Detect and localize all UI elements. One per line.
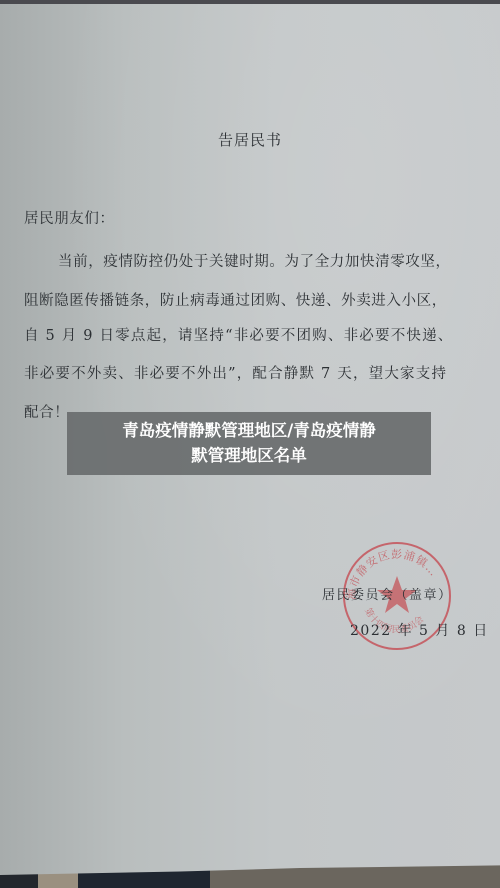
body-line-1: 当前，疫情防控仍处于关键时期。为了全力加快清零攻坚， — [58, 250, 451, 271]
body-line-2: 阻断隐匿传播链条，防止病毒通过团购、快递、外卖进入小区， — [24, 289, 447, 310]
signer: 居民委员会（盖章） — [322, 584, 453, 603]
caption-line-1: 青岛疫情静默管理地区/青岛疫情静 — [67, 418, 431, 443]
caption-line-2: 默管理地区名单 — [67, 443, 431, 468]
body-line-5: 配合！ — [24, 401, 69, 422]
body-line-3: 自 5 月 9 日零点起，请坚持“非必要不团购、非必要不快递、 — [24, 324, 454, 345]
signature-date: 2022 年 5 月 8 日 — [350, 620, 489, 640]
salutation: 居民朋友们： — [24, 207, 115, 228]
caption-overlay: 青岛疫情静默管理地区/青岛疫情静 默管理地区名单 — [67, 412, 431, 475]
document-title: 告居民书 — [0, 129, 500, 150]
body-line-4: 非必要不外卖、非必要不外出”，配合静默 7 天，望大家支持 — [24, 362, 447, 383]
top-edge — [0, 0, 500, 4]
